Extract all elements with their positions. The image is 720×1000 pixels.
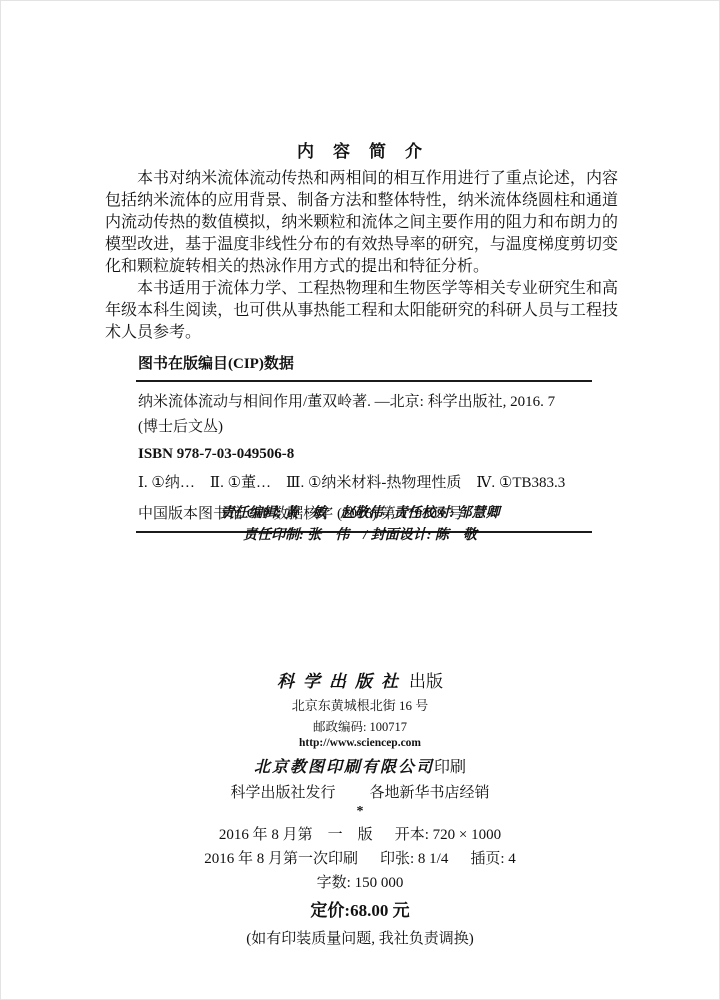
intro-paragraph-1: 本书对纳米流体流动传热和两相间的相互作用进行了重点论述，内容包括纳米流体的应用背…	[105, 168, 618, 278]
credits-print-design-line: 责任印制: 张 伟 / 封面设计: 陈 敬	[1, 525, 719, 547]
publisher-line: 科学出版社出版	[1, 667, 719, 692]
publisher-name: 科学出版社	[277, 672, 407, 691]
printing-line: 2016 年 8 月第一次印刷印张: 8 1/4插页: 4	[1, 847, 719, 868]
distributor: 科学出版社发行	[230, 785, 335, 801]
cip-title-line: 纳米流体流动与相间作用/董双岭著. —北京: 科学出版社, 2016. 7	[138, 390, 592, 411]
word-count: 字数: 150 000	[1, 871, 719, 892]
publisher-address: 北京东黄城根北街 16 号	[1, 695, 719, 714]
sheet-count: 印张: 8 1/4	[380, 851, 448, 867]
publisher-suffix: 出版	[409, 672, 443, 691]
cip-classification-line: Ⅰ. ①纳… Ⅱ. ①董… Ⅲ. ①纳米材料-热物理性质 Ⅳ. ①TB383.3	[138, 471, 592, 492]
printing-date: 2016 年 8 月第一次印刷	[204, 851, 358, 867]
intro-body: 本书对纳米流体流动传热和两相间的相互作用进行了重点论述，内容包括纳米流体的应用背…	[105, 168, 618, 344]
retailer: 各地新华书店经销	[370, 785, 490, 801]
divider-asterisk: *	[1, 804, 719, 820]
cip-series-line: (博士后文丛)	[138, 415, 592, 436]
cip-heading: 图书在版编目(CIP)数据	[136, 352, 592, 380]
price: 定价:68.00 元	[1, 896, 719, 921]
intro-paragraph-2: 本书适用于流体力学、工程热物理和生物医学等相关专业研究生和高年级本科生阅读，也可…	[105, 278, 618, 344]
distribution-line: 科学出版社发行各地新华书店经销	[1, 781, 719, 802]
staff-credits: 责任编辑: 黄 敏 赵敬伟 / 责任校对: 邹慧卿 责任印制: 张 伟 / 封面…	[1, 503, 719, 547]
publisher-website: http://www.sciencep.com	[1, 737, 719, 749]
copyright-page: 内 容 简 介 本书对纳米流体流动传热和两相间的相互作用进行了重点论述，内容包括…	[0, 0, 720, 1000]
printer-line: 北京教图印刷有限公司印刷	[1, 754, 719, 777]
format-size: 开本: 720 × 1000	[395, 827, 501, 843]
edition-date: 2016 年 8 月第 一 版	[219, 827, 373, 843]
credits-editors-line: 责任编辑: 黄 敏 赵敬伟 / 责任校对: 邹慧卿	[1, 503, 719, 525]
quality-note: (如有印装质量问题, 我社负责调换)	[1, 927, 719, 948]
insert-pages: 插页: 4	[470, 851, 515, 867]
intro-title: 内 容 简 介	[1, 137, 719, 162]
colophon: 科学出版社出版 北京东黄城根北街 16 号 邮政编码: 100717 http:…	[1, 667, 719, 948]
printer-suffix: 印刷	[434, 759, 466, 776]
edition-line: 2016 年 8 月第 一 版开本: 720 × 1000	[1, 823, 719, 844]
printer-name: 北京教图印刷有限公司	[254, 759, 434, 776]
cip-isbn-line: ISBN 978-7-03-049506-8	[138, 446, 592, 463]
postal-code: 邮政编码: 100717	[1, 717, 719, 735]
